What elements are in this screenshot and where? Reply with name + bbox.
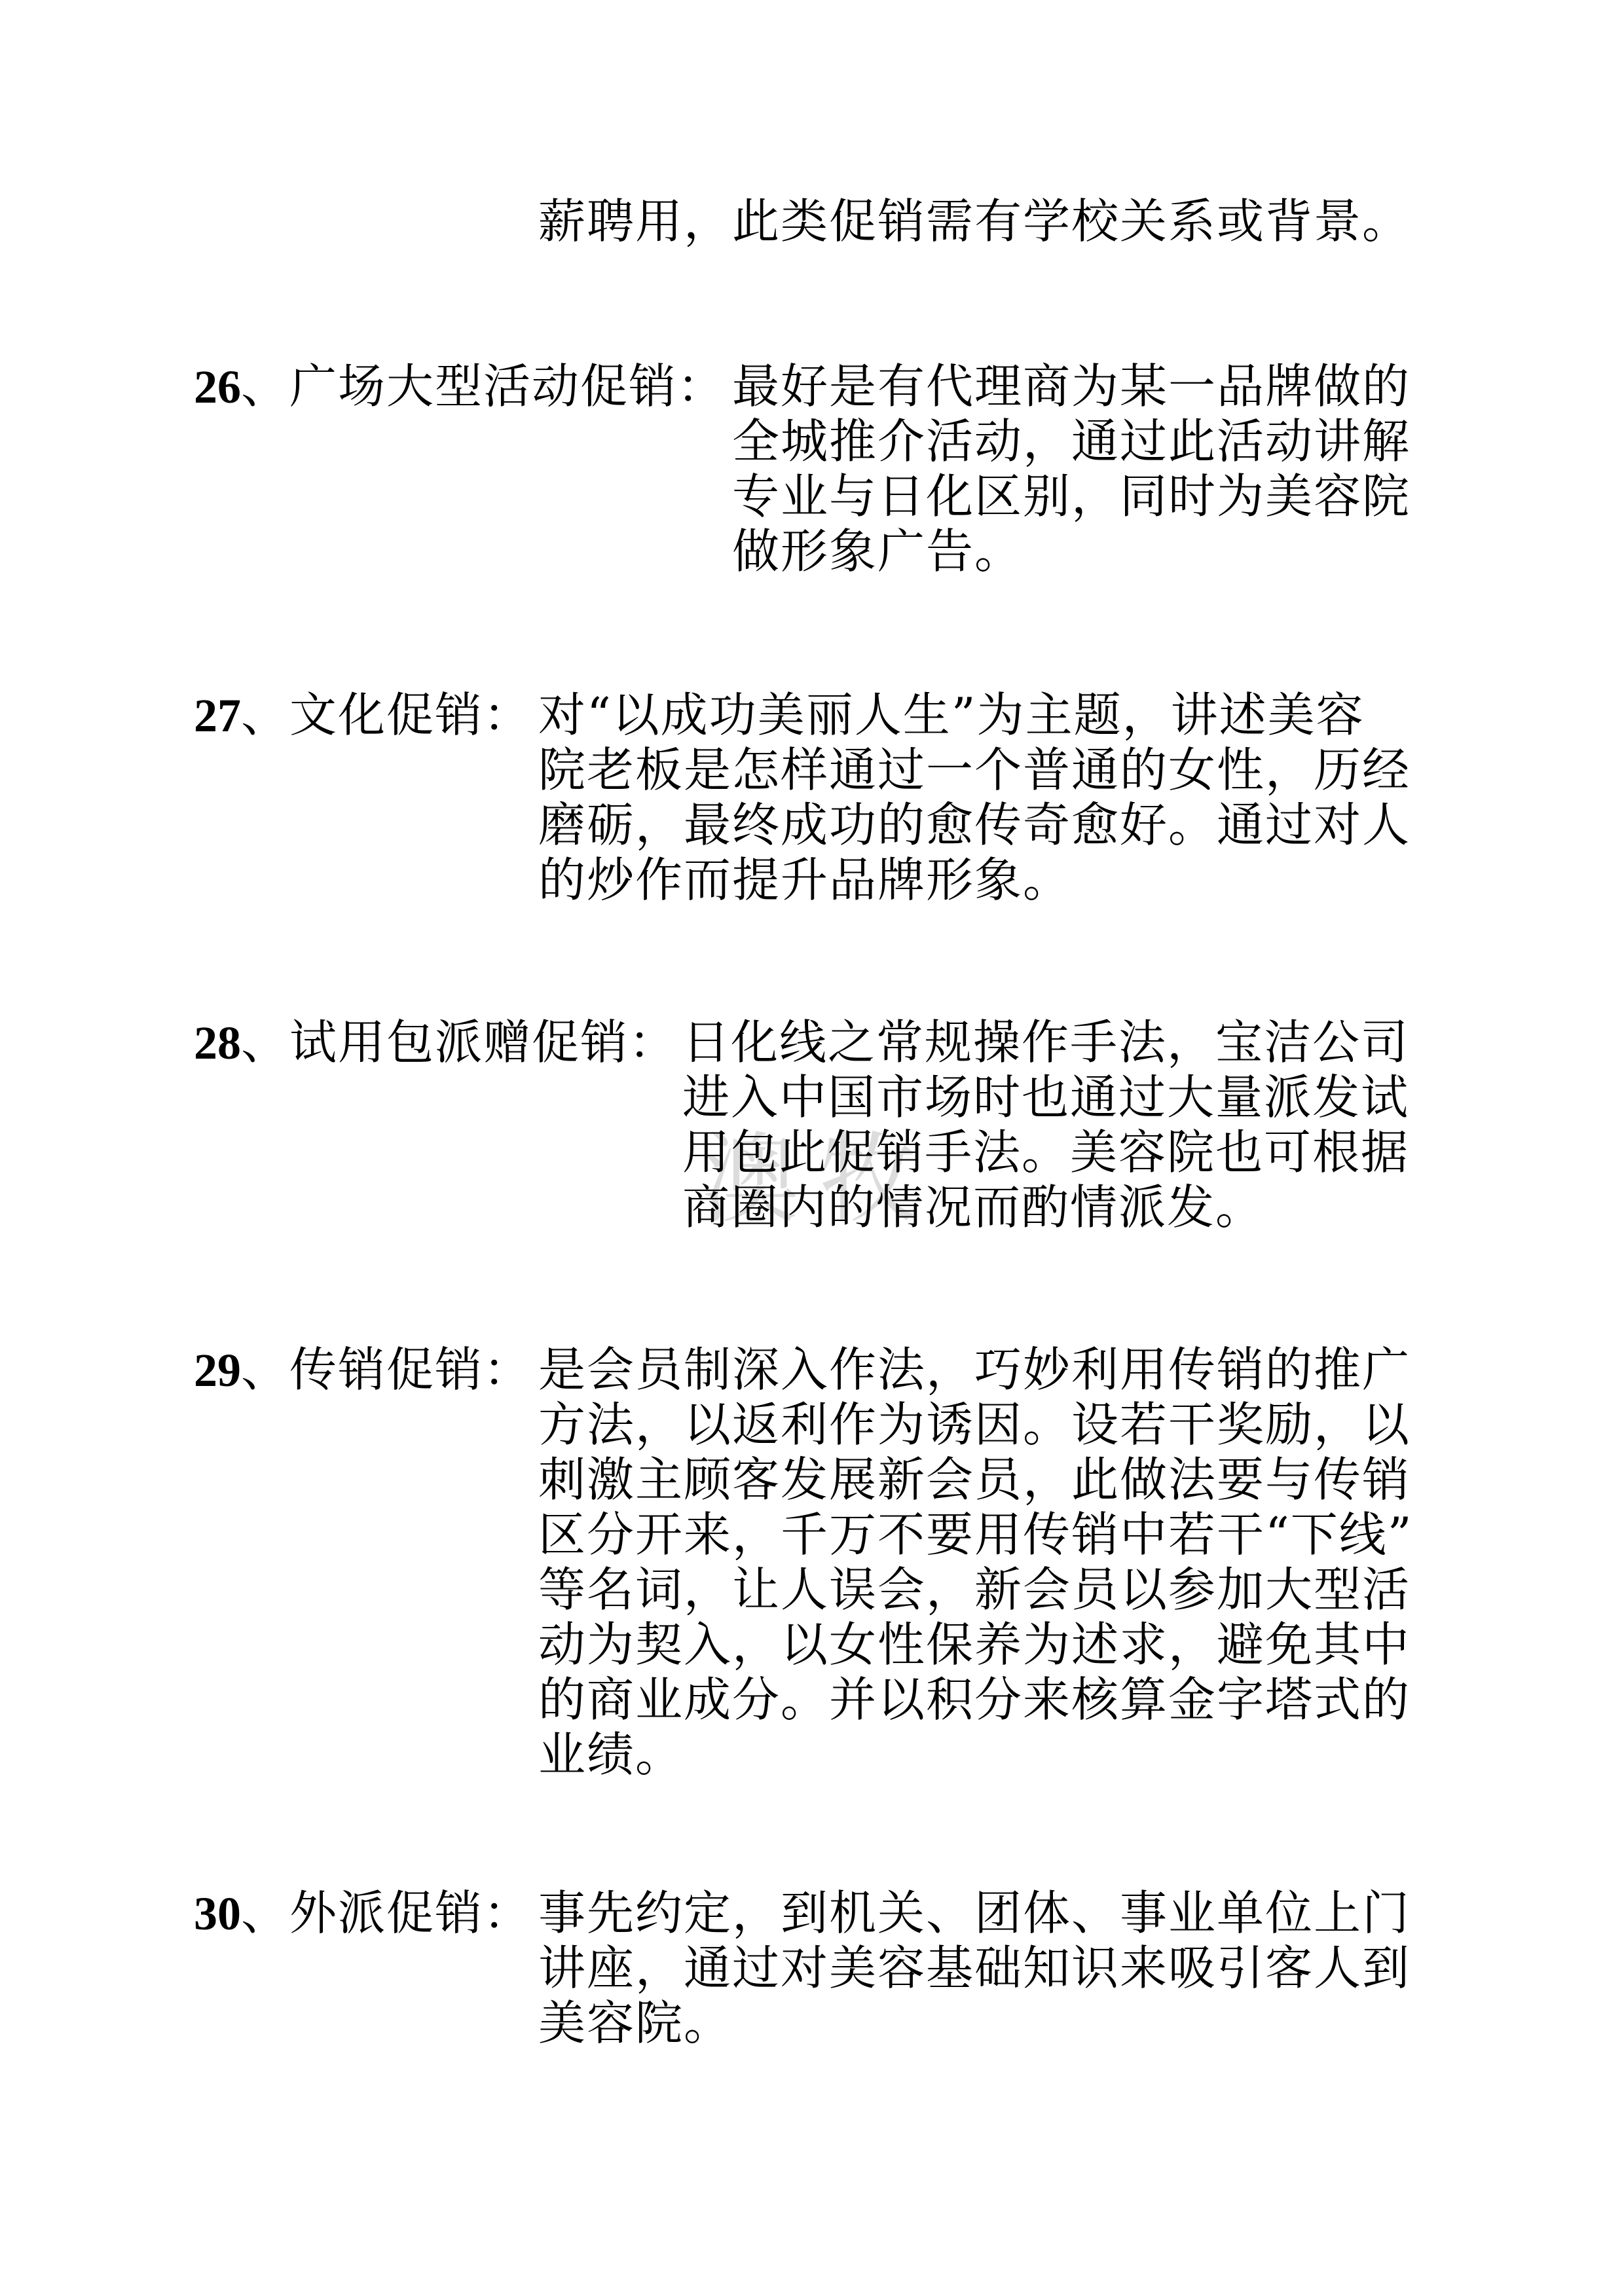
description-line: 进入中国市场时也通过大量派发试 <box>682 1070 1409 1125</box>
item-title: 广场大型活动促销： <box>289 359 726 414</box>
description-line: 做形象广告。 <box>732 524 1411 579</box>
item-title: 试用包派赠促销： <box>289 1015 677 1070</box>
item-description: 对“以成功美丽人生”为主题，讲述美容 院老板是怎样通过一个普通的女性，历经 磨砺… <box>538 687 1411 907</box>
description-line: 磨砺，最终成功的愈传奇愈好。通过对人 <box>538 797 1411 852</box>
description-line: 动为契入，以女性保养为述求，避免其中 <box>538 1617 1413 1672</box>
item-title: 外派促销： <box>289 1886 532 1941</box>
item-number: 29 <box>194 1344 241 1396</box>
item-description: 事先约定，到机关、团体、事业单位上门 讲座，通过对美容基础知识来吸引客人到 美容… <box>538 1886 1411 2050</box>
item-separator: 、 <box>241 1015 289 1070</box>
description-line: 院老板是怎样通过一个普通的女性，历经 <box>538 742 1411 797</box>
description-line: 业绩。 <box>538 1727 1413 1782</box>
description-line: 方法，以返利作为诱因。设若干奖励，以 <box>538 1397 1413 1452</box>
description-line: 刺激主顾客发展新会员，此做法要与传销 <box>538 1452 1413 1507</box>
item-heading: 28、试用包派赠促销： <box>194 1015 677 1070</box>
item-number: 27 <box>194 689 241 742</box>
item-title: 传销促销： <box>289 1342 532 1397</box>
item-heading: 27、文化促销： <box>194 687 532 743</box>
description-line: 美容院。 <box>538 1995 1411 2050</box>
description-line: 等名词，让人误会，新会员以参加大型活 <box>538 1562 1413 1617</box>
item-description: 是会员制深入作法，巧妙利用传销的推广 方法，以返利作为诱因。设若干奖励，以 刺激… <box>538 1342 1413 1782</box>
description-line: 的炒作而提升品牌形象。 <box>538 852 1411 907</box>
description-line: 对“以成功美丽人生”为主题，讲述美容 <box>538 687 1411 742</box>
description-line: 最好是有代理商为某一品牌做的 <box>732 359 1411 414</box>
item-number: 28 <box>194 1017 241 1069</box>
item-description: 最好是有代理商为某一品牌做的 全城推介活动，通过此活动讲解 专业与日化区别，同时… <box>732 359 1411 579</box>
item-number: 26 <box>194 361 241 413</box>
document-page: 澳牧 薪聘用，此类促销需有学校关系或背景。 26、广场大型活动促销： 最好是有代… <box>0 0 1624 2296</box>
description-line: 商圈内的情况而酌情派发。 <box>682 1180 1409 1235</box>
item-separator: 、 <box>241 1886 289 1941</box>
item-description: 日化线之常规操作手法，宝洁公司 进入中国市场时也通过大量派发试 用包此促销手法。… <box>682 1015 1409 1235</box>
item-number: 30 <box>194 1887 241 1940</box>
item-heading: 30、外派促销： <box>194 1886 532 1941</box>
description-line: 事先约定，到机关、团体、事业单位上门 <box>538 1886 1411 1941</box>
description-line: 讲座，通过对美容基础知识来吸引客人到 <box>538 1941 1411 1995</box>
description-line: 日化线之常规操作手法，宝洁公司 <box>682 1015 1409 1070</box>
description-line: 全城推介活动，通过此活动讲解 <box>732 414 1411 469</box>
description-line: 用包此促销手法。美容院也可根据 <box>682 1125 1409 1180</box>
item-separator: 、 <box>241 687 289 742</box>
item-heading: 29、传销促销： <box>194 1342 532 1398</box>
item-separator: 、 <box>241 359 289 414</box>
item-title: 文化促销： <box>289 687 532 742</box>
continuation-paragraph: 薪聘用，此类促销需有学校关系或背景。 <box>538 194 1411 249</box>
description-line: 是会员制深入作法，巧妙利用传销的推广 <box>538 1342 1413 1397</box>
item-heading: 26、广场大型活动促销： <box>194 359 726 414</box>
item-separator: 、 <box>241 1342 289 1397</box>
description-line: 专业与日化区别，同时为美容院 <box>732 469 1411 524</box>
description-line: 区分开来，千万不要用传销中若干“下线” <box>538 1507 1413 1562</box>
description-line: 的商业成分。并以积分来核算金字塔式的 <box>538 1672 1413 1727</box>
